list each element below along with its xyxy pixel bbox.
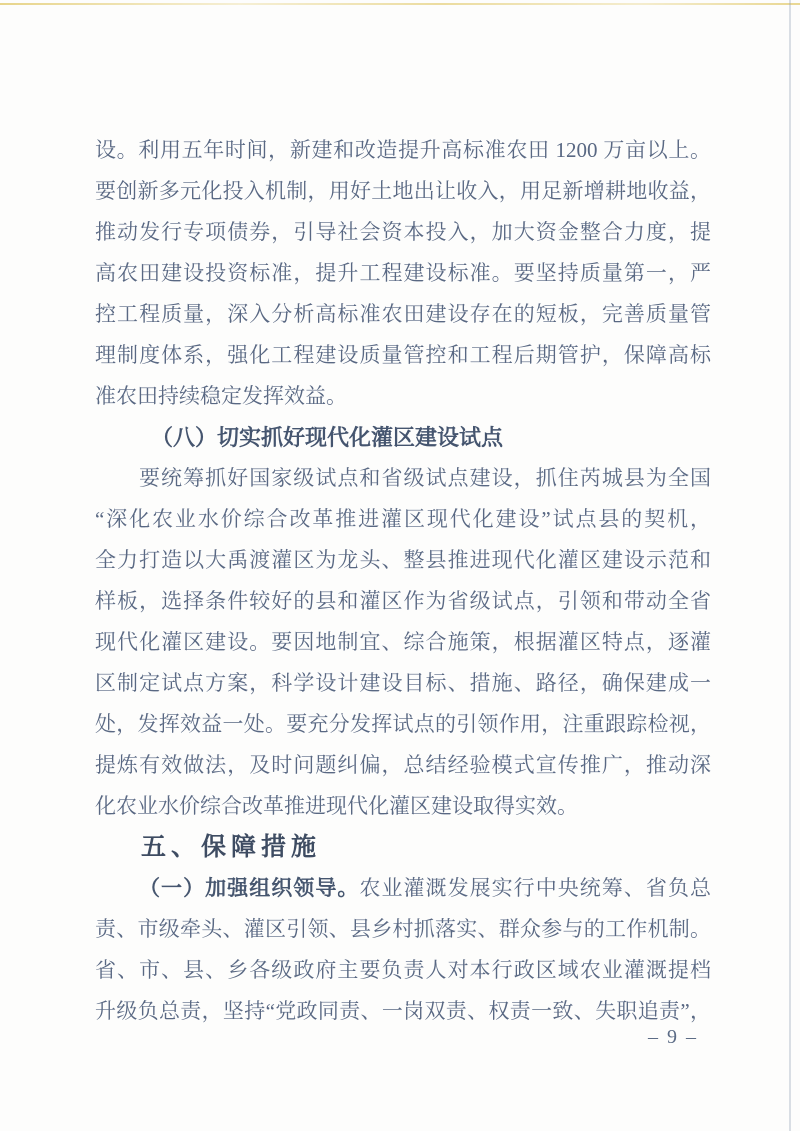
- text-line: 高农田建设投资标准，提升工程建设标准。要坚持质量第一，严: [95, 253, 711, 294]
- text-line: 化农业水价综合改革推进现代化灌区建设取得实效。: [95, 786, 711, 827]
- text-line: 全力打造以大禹渡灌区为龙头、整县推进现代化灌区建设示范和: [95, 540, 711, 581]
- document-body: 设。利用五年时间，新建和改造提升高标准农田 1200 万亩以上。 要创新多元化投…: [95, 130, 711, 1032]
- text-line: 升级负总责，坚持“党政同责、一岗双责、权责一致、失职追责”，: [95, 991, 711, 1032]
- subsection-lead-1: （一）加强组织领导。: [139, 876, 359, 900]
- text-line: 处，发挥效益一处。要充分发挥试点的引领作用，注重跟踪检视，: [95, 704, 711, 745]
- section-heading-8: （八）切实抓好现代化灌区建设试点: [95, 417, 711, 458]
- page-number: – 9 –: [648, 1026, 698, 1049]
- document-page: 设。利用五年时间，新建和改造提升高标准农田 1200 万亩以上。 要创新多元化投…: [0, 0, 800, 1131]
- text-line: 区制定试点方案，科学设计建设目标、措施、路径，确保建成一: [95, 663, 711, 704]
- text-line: 理制度体系，强化工程建设质量管控和工程后期管护，保障高标: [95, 335, 711, 376]
- scan-artifact-right-line: [789, 0, 791, 1131]
- section-heading-5: 五、保障措施: [95, 827, 711, 868]
- text-run: 农业灌溉发展实行中央统筹、省负总: [359, 876, 711, 900]
- text-line: 要创新多元化投入机制，用好土地出让收入，用足新增耕地收益，: [95, 171, 711, 212]
- text-line: 设。利用五年时间，新建和改造提升高标准农田 1200 万亩以上。: [95, 130, 711, 171]
- text-line: （一）加强组织领导。农业灌溉发展实行中央统筹、省负总: [95, 868, 711, 909]
- text-line: 提炼有效做法，及时问题纠偏，总结经验模式宣传推广，推动深: [95, 745, 711, 786]
- scan-artifact-top-line: [0, 3, 800, 5]
- text-line: 现代化灌区建设。要因地制宜、综合施策，根据灌区特点，逐灌: [95, 622, 711, 663]
- text-line: 推动发行专项债券，引导社会资本投入，加大资金整合力度，提: [95, 212, 711, 253]
- text-line: 要统筹抓好国家级试点和省级试点建设，抓住芮城县为全国: [95, 458, 711, 499]
- text-line: 准农田持续稳定发挥效益。: [95, 376, 711, 417]
- text-line: “深化农业水价综合改革推进灌区现代化建设”试点县的契机，: [95, 499, 711, 540]
- text-line: 控工程质量，深入分析高标准农田建设存在的短板，完善质量管: [95, 294, 711, 335]
- text-line: 样板，选择条件较好的县和灌区作为省级试点，引领和带动全省: [95, 581, 711, 622]
- text-line: 责、市级牵头、灌区引领、县乡村抓落实、群众参与的工作机制。: [95, 909, 711, 950]
- text-line: 省、市、县、乡各级政府主要负责人对本行政区域农业灌溉提档: [95, 950, 711, 991]
